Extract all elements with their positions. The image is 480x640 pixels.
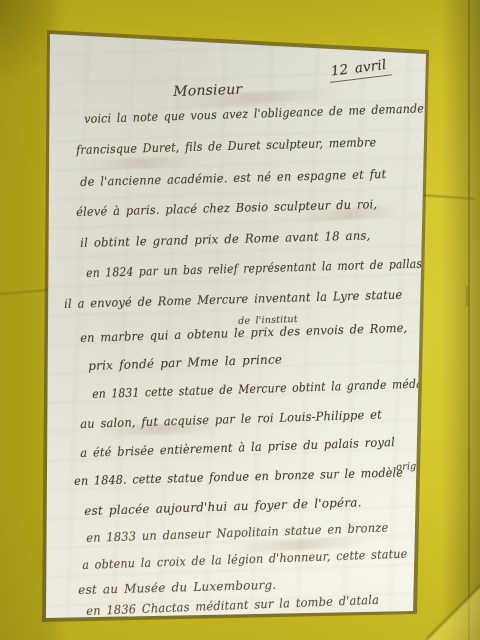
letter-line: élevé à paris. placé chez Bosio sculpteu… <box>76 197 377 219</box>
letter-paper: 12 avril Monsieur voici la note que vous… <box>0 0 480 640</box>
letter-line: a été brisée entièrement à la prise du p… <box>80 435 395 460</box>
letter-line: est placée aujourd'hui au foyer de l'opé… <box>84 495 362 518</box>
letter-salutation: Monsieur <box>173 82 243 100</box>
background-right-seam <box>468 0 470 640</box>
crease-line-left <box>0 289 50 296</box>
letter-line: en 1831 cette statue de Mercure obtint l… <box>92 376 440 401</box>
letter-line: en 1833 un danseur Napolitain statue en … <box>86 520 389 545</box>
letter-line: est au Musée du Luxembourg. <box>78 578 277 597</box>
letter-line: voici la note que vous avez l'obligeance… <box>84 101 430 126</box>
letter-line: en 1824 par un bas relief représentant l… <box>86 257 426 280</box>
background-fold-bottom-right <box>426 576 480 640</box>
letter-line: a obtenu la croix de la légion d'honneur… <box>82 547 408 572</box>
photo-of-handwritten-letter: 12 avril Monsieur voici la note que vous… <box>0 0 480 640</box>
letter-line: au salon, fut acquise par le roi Louis-P… <box>80 408 382 431</box>
crease-mark-right <box>466 286 468 306</box>
letter-line: francisque Duret, fils de Duret sculpteu… <box>76 135 376 157</box>
letter-date: 12 avril <box>328 56 392 82</box>
letter-line: il obtint le grand prix de Rome avant 18… <box>80 228 371 250</box>
letter-line: en 1848. cette statue fondue en bronze s… <box>74 465 403 488</box>
letter-line: il a envoyé de Rome Mercure inventant la… <box>64 288 403 311</box>
letter-line: prix fondé par Mme la prince <box>88 352 282 373</box>
bleed-through-mark <box>86 156 196 170</box>
letter-line: de l'ancienne académie. est né en espagn… <box>80 167 387 189</box>
